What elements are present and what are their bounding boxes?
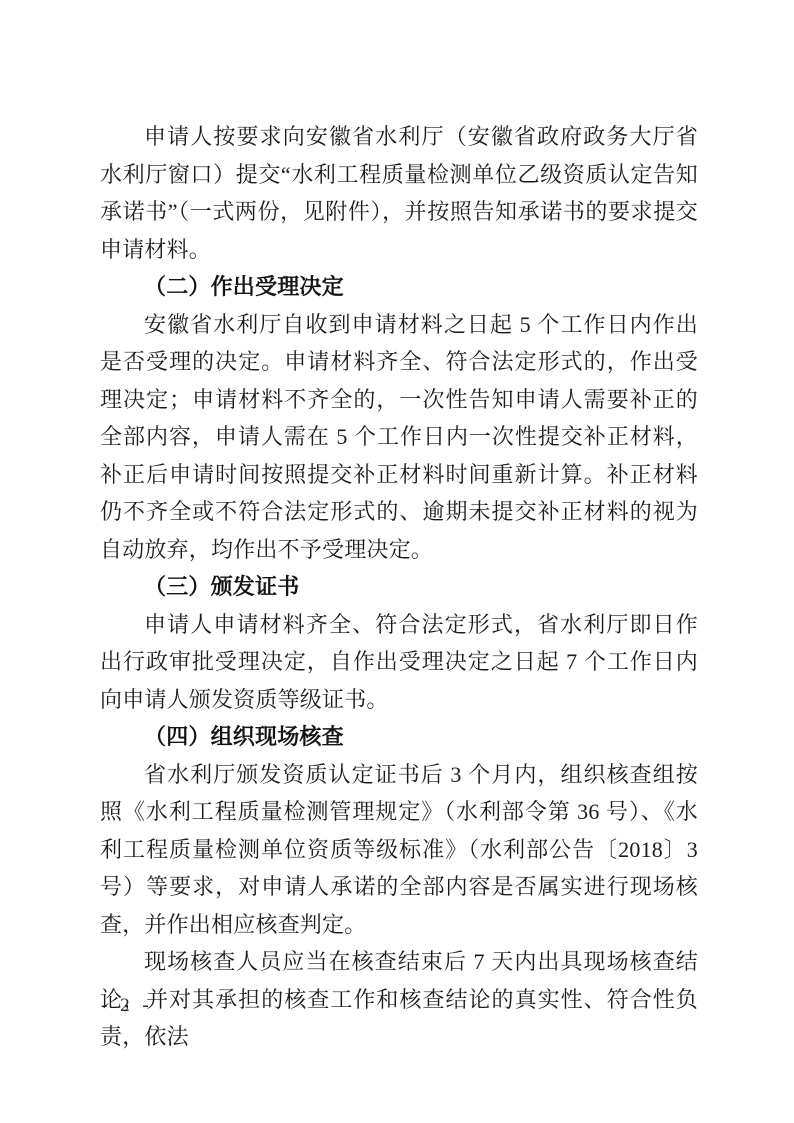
paragraph-acceptance-decision: 安徽省水利厅自收到申请材料之日起 5 个工作日内作出是否受理的决定。申请材料齐全… [100, 306, 698, 569]
section-heading-4-onsite-verification: （四）组织现场核查 [100, 718, 698, 756]
section-heading-2-acceptance-decision: （二）作出受理决定 [100, 268, 698, 306]
page-number: - 2 - [101, 995, 153, 1017]
paragraph-issue-certificate: 申请人申请材料齐全、符合法定形式，省水利厅即日作出行政审批受理决定，自作出受理决… [100, 606, 698, 719]
paragraph-verification-conclusion: 现场核查人员应当在核查结束后 7 天内出具现场核查结论，并对其承担的核查工作和核… [100, 943, 698, 1056]
paragraph-application-submission: 申请人按要求向安徽省水利厅（安徽省政府政务大厅省水利厅窗口）提交“水利工程质量检… [100, 118, 698, 268]
paragraph-onsite-verification: 省水利厅颁发资质认定证书后 3 个月内，组织核查组按照《水利工程质量检测管理规定… [100, 756, 698, 944]
document-page: 申请人按要求向安徽省水利厅（安徽省政府政务大厅省水利厅窗口）提交“水利工程质量检… [0, 0, 794, 1123]
section-heading-3-issue-certificate: （三）颁发证书 [100, 568, 698, 606]
document-body: 申请人按要求向安徽省水利厅（安徽省政府政务大厅省水利厅窗口）提交“水利工程质量检… [100, 118, 698, 1056]
